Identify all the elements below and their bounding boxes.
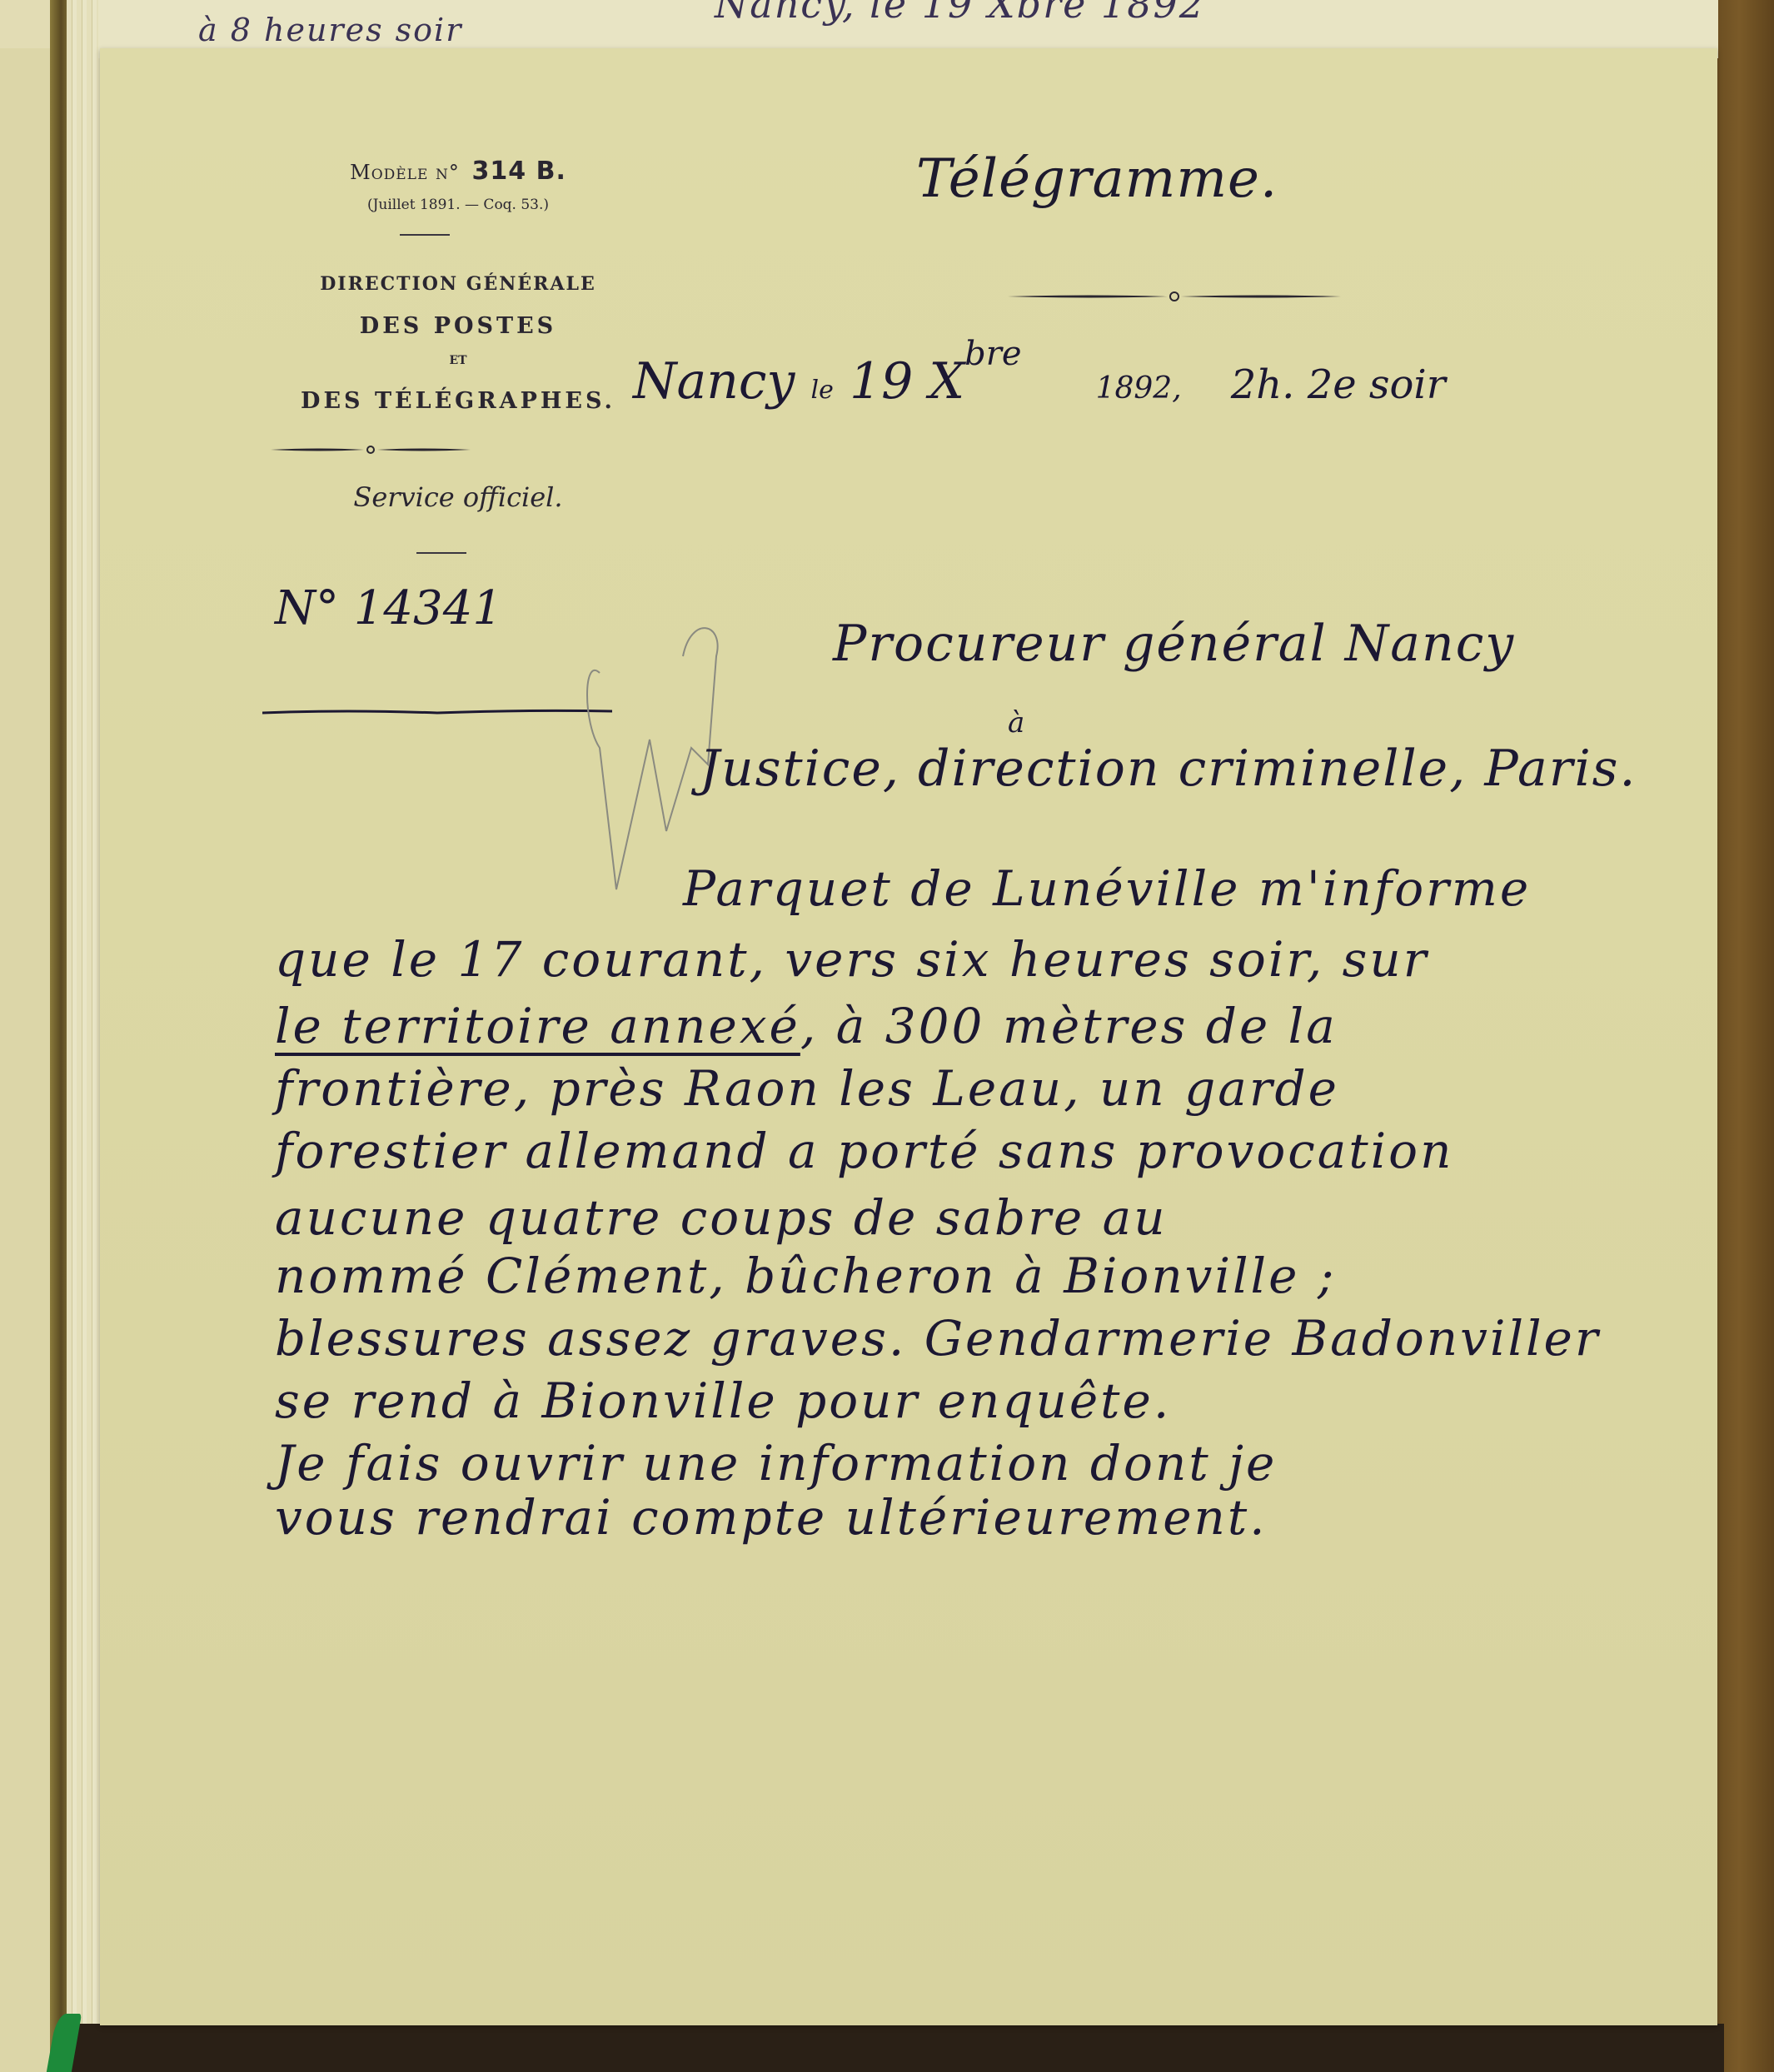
body-line: se rend à Bionville pour enquête. xyxy=(275,1372,1171,1429)
divider xyxy=(416,552,466,554)
body-line: nommé Clément, bûcheron à Bionville ; xyxy=(275,1248,1336,1304)
body-line: que le 17 courant, vers six heures soir,… xyxy=(275,931,1428,988)
desk-wood-background xyxy=(1716,0,1774,2072)
body-line: blessures assez graves. Gendarmerie Bado… xyxy=(275,1310,1601,1367)
facing-page-left xyxy=(0,0,52,2072)
month: X xyxy=(929,352,964,411)
underlined-phrase: le territoire annexé xyxy=(275,998,800,1054)
ornamental-rule-icon xyxy=(1008,290,1341,303)
telegram-number: N° 14341 xyxy=(275,581,502,635)
recipient: Justice, direction criminelle, Paris. xyxy=(700,740,1637,798)
body-line: frontière, près Raon les Leau, un garde xyxy=(275,1060,1339,1117)
body-line: le territoire annexé, à 300 mètres de la xyxy=(275,998,1338,1054)
body-line: aucune quatre coups de sabre au xyxy=(275,1189,1168,1246)
body-line: forestier allemand a porté sans provocat… xyxy=(275,1123,1453,1179)
direction-line-1: DIRECTION GÉNÉRALE xyxy=(233,273,683,295)
underlying-time: à 8 heures soir xyxy=(198,12,462,48)
day: 19 xyxy=(850,352,913,411)
form-model-number: Modèle n° 314 B. xyxy=(292,157,625,186)
direction-et: ET xyxy=(233,354,683,367)
direction-line-2: DES POSTES xyxy=(233,313,683,339)
date-line: Nancy le 19 Xbre 1892, 2h. 2e soir xyxy=(633,352,1446,411)
underlying-place-date: Nancy, le 19 Xbre 1892 xyxy=(715,0,1205,27)
month-suffix: bre xyxy=(964,335,1021,373)
body-line: vous rendrai compte ultérieurement. xyxy=(275,1489,1268,1546)
telegram-sheet: Modèle n° 314 B. (Juillet 1891. — Coq. 5… xyxy=(100,48,1717,2025)
number-flourish-icon xyxy=(262,706,612,718)
sender: Procureur général Nancy xyxy=(833,615,1515,673)
service-officiel: Service officiel. xyxy=(267,481,650,513)
telegram-title: Télégramme. xyxy=(916,148,1278,210)
place: Nancy xyxy=(633,352,795,411)
form-edition: (Juillet 1891. — Coq. 53.) xyxy=(292,197,625,213)
to-word: à xyxy=(1008,706,1024,740)
ornamental-rule-icon xyxy=(271,444,471,456)
divider xyxy=(400,234,450,236)
time: 2h. 2e soir xyxy=(1231,361,1446,408)
desk-shadow xyxy=(67,2024,1724,2072)
le-label: le xyxy=(811,376,834,405)
body-line: Je fais ouvrir une information dont je xyxy=(275,1435,1277,1492)
body-line: Parquet de Lunéville m'informe xyxy=(683,860,1531,917)
year: 1892, xyxy=(1096,371,1182,406)
binding-gutter xyxy=(50,0,68,2072)
